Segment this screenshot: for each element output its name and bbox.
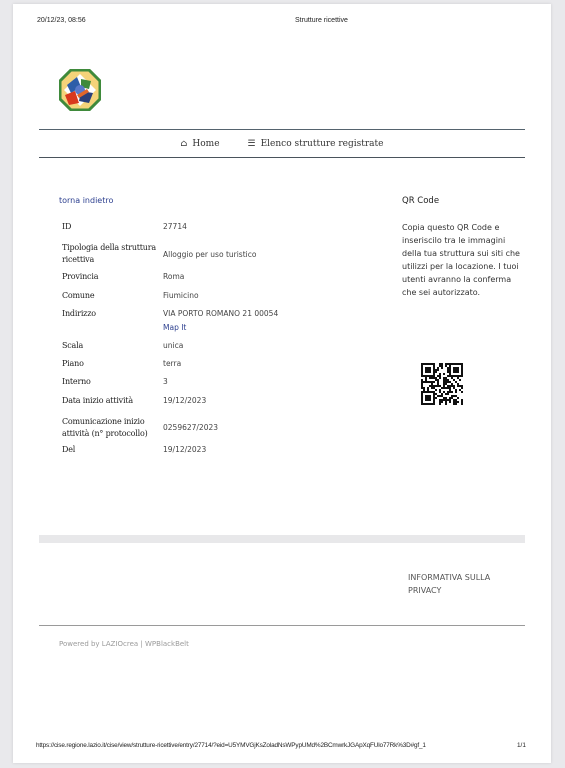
print-header: 20/12/23, 08:56 Strutture ricettive [13, 17, 551, 29]
table-row: Piano terra [62, 358, 312, 376]
nav-home-label: Home [192, 139, 219, 149]
qr-code-icon [421, 363, 463, 405]
row-label: ID [62, 221, 163, 233]
table-row: Comunicazione inizio attività (n° protoc… [62, 412, 312, 444]
print-title: Strutture ricettive [295, 17, 348, 24]
row-value: Alloggio per uso turistico [163, 249, 256, 261]
nav-home[interactable]: ⌂ Home [181, 139, 220, 149]
table-row: Data inizio attività 19/12/2023 [62, 395, 312, 412]
table-row: Interno 3 [62, 376, 312, 395]
nav-registered-list-label: Elenco strutture registrate [261, 139, 384, 149]
row-label: Tipologia della struttura ricettiva [62, 242, 163, 266]
table-row: ID 27714 [62, 221, 312, 239]
row-value: terra [163, 358, 181, 370]
row-label: Scala [62, 340, 163, 352]
back-link[interactable]: torna indietro [59, 196, 113, 205]
table-row: Comune Fiumicino [62, 290, 312, 308]
details-table: ID 27714 Tipologia della struttura ricet… [62, 222, 312, 462]
privacy-policy-link[interactable]: INFORMATIVA SULLA PRIVACY [408, 571, 508, 597]
row-label: Data inizio attività [62, 395, 163, 407]
row-value: unica [163, 340, 183, 352]
printed-page: 20/12/23, 08:56 Strutture ricettive ⌂ Ho… [13, 4, 551, 763]
powered-by: Powered by LAZIOcrea | WPBlackBelt [59, 640, 189, 648]
print-url: https://cise.regione.lazio.it/cise/view/… [36, 742, 426, 749]
row-value: 0259627/2023 [163, 422, 218, 434]
table-row: Indirizzo VIA PORTO ROMANO 21 00054 Map … [62, 308, 312, 340]
row-label: Piano [62, 358, 163, 370]
qr-code-title: QR Code [402, 196, 439, 206]
row-label: Del [62, 444, 163, 456]
row-label: Comunicazione inizio attività (n° protoc… [62, 416, 163, 440]
print-page-number: 1/1 [517, 742, 526, 749]
print-datetime: 20/12/23, 08:56 [37, 17, 86, 24]
row-label: Interno [62, 376, 163, 388]
row-label: Comune [62, 290, 163, 302]
footer-band [39, 535, 525, 543]
row-value: 27714 [163, 221, 187, 233]
table-row: Provincia Roma [62, 271, 312, 290]
address-value: VIA PORTO ROMANO 21 00054 [163, 309, 278, 318]
table-row: Scala unica [62, 340, 312, 358]
row-value: Fiumicino [163, 290, 199, 302]
row-value: 19/12/2023 [163, 395, 206, 407]
table-row: Tipologia della struttura ricettiva Allo… [62, 239, 312, 271]
row-value: 3 [163, 376, 168, 388]
nav-registered-list[interactable]: ☰ Elenco strutture registrate [248, 139, 384, 149]
row-value: 19/12/2023 [163, 444, 206, 456]
row-value: VIA PORTO ROMANO 21 00054 Map It [163, 308, 278, 334]
row-label: Provincia [62, 271, 163, 283]
qr-code-description: Copia questo QR Code e inseriscilo tra l… [402, 221, 520, 299]
main-nav: ⌂ Home ☰ Elenco strutture registrate [39, 129, 525, 158]
home-icon: ⌂ [181, 139, 188, 149]
table-row: Del 19/12/2023 [62, 444, 312, 462]
list-icon: ☰ [248, 139, 256, 149]
map-it-link[interactable]: Map It [163, 322, 278, 334]
row-value: Roma [163, 271, 184, 283]
footer-divider [39, 625, 525, 626]
row-label: Indirizzo [62, 308, 163, 320]
regione-lazio-logo-icon[interactable] [59, 69, 101, 111]
